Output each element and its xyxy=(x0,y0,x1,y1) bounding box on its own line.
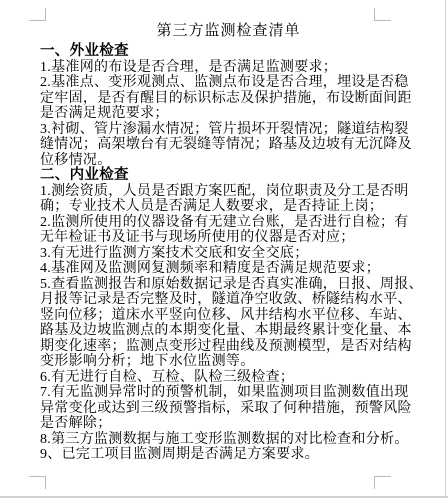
text-line: 3.衬砌、管片渗漏水情况；管片损坏开裂情况；隧道结构裂 xyxy=(40,122,420,138)
text-line: 8.第三方监测数据与施工变形监测数据的对比检查和分析。 xyxy=(40,432,420,448)
text-line: 5.查看监测报告和原始数据记录是否真实准确，日报、周报、 xyxy=(40,277,420,293)
text-line: 确；专业技术人员是否满足人数要求，是否持证上岗； xyxy=(40,199,420,215)
text-line: 7.有无监测异常时的预警机制，如果监测项目监测数值出现 xyxy=(40,385,420,401)
text-line: 定牢固，是否有醒目的标识标志及保护措施，布设断面间距 xyxy=(40,91,420,107)
text-line: 4.基准网及监测网复测频率和精度是否满足规范要求； xyxy=(40,261,420,277)
text-line: 竖向位移；道床水平竖向位移、风井结构水平位移、车站、 xyxy=(40,308,420,324)
text-line: 9、已完工项目监测周期是否满足方案要求。 xyxy=(40,447,420,463)
text-boundary-mark-bottom-left xyxy=(29,476,46,489)
section-heading: 一、外业检查 xyxy=(40,44,420,60)
document-page: 第三方监测检查清单 一、外业检查1.基准网的布设是否合理，是否满足监测要求；2.… xyxy=(0,0,448,498)
text-line: 位移情况。 xyxy=(40,153,420,169)
text-line: 缝情况；高架墩台有无裂缝等情况；路基及边坡有无沉降及 xyxy=(40,137,420,153)
text-line: 3.有无进行监测方案技术交底和安全交底； xyxy=(40,246,420,262)
text-line: 异常变化或达到三级预警指标，采取了何种措施，预警风险 xyxy=(40,401,420,417)
text-line: 1.基准网的布设是否合理，是否满足监测要求； xyxy=(40,60,420,76)
text-line: 2.基准点、变形观测点、监测点布设是否合理，埋设是否稳 xyxy=(40,75,420,91)
text-line: 月报等记录是否完整及时，隧道净空收敛、桥隧结构水平、 xyxy=(40,292,420,308)
text-line: 1.测绘资质，人员是否跟方案匹配，岗位职责及分工是否明 xyxy=(40,184,420,200)
text-line: 6.有无进行自检、互检、队检三级检查； xyxy=(40,370,420,386)
page-right-edge xyxy=(445,0,446,498)
text-line: 2.监测所使用的仪器设备有无建立台账，是否进行自检；有 xyxy=(40,215,420,231)
text-line: 变形影响分析；地下水位监测等。 xyxy=(40,354,420,370)
text-line: 是否满足规范要求； xyxy=(40,106,420,122)
text-line: 期变化速率；监测点变形过程曲线及预测模型，是否对结构 xyxy=(40,339,420,355)
document-title: 第三方监测检查清单 xyxy=(40,20,417,42)
text-line: 无年检证书及证书与现场所使用的仪器是否对应； xyxy=(40,230,420,246)
text-boundary-mark-bottom-right xyxy=(374,476,391,489)
document-body: 一、外业检查1.基准网的布设是否合理，是否满足监测要求；2.基准点、变形观测点、… xyxy=(40,44,420,463)
section-heading: 二、内业检查 xyxy=(40,168,420,184)
text-line: 路基及边坡监测点的本期变化量、本期最终累计变化量、本 xyxy=(40,323,420,339)
text-line: 是否解除； xyxy=(40,416,420,432)
